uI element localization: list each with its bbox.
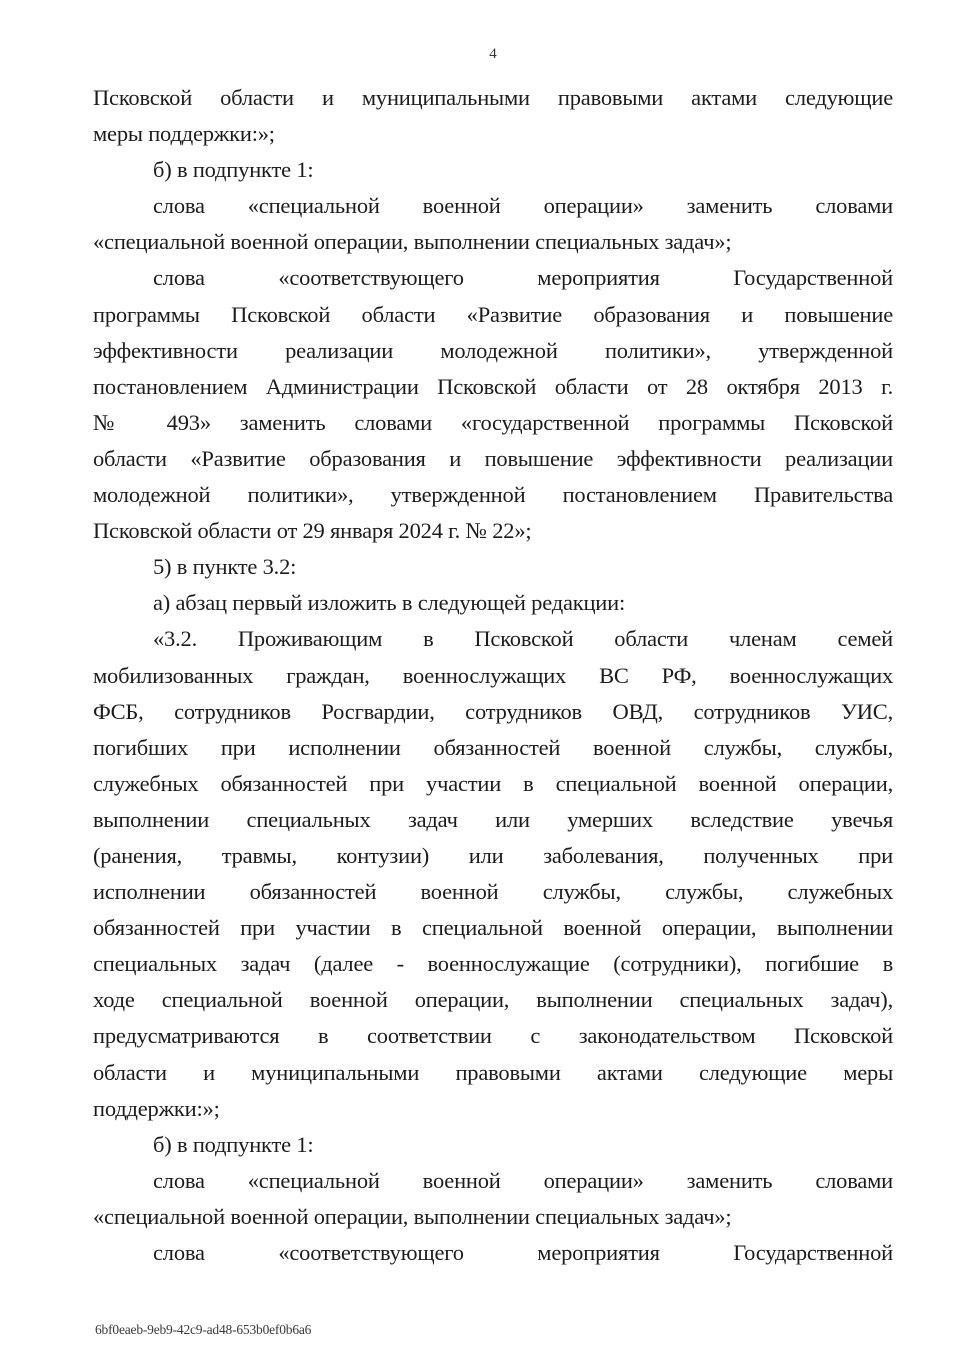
page-number: 4 <box>0 46 960 63</box>
text-line: ходе специальной военной операции, выпол… <box>93 982 893 1018</box>
text-line: постановлением Администрации Псковской о… <box>93 369 893 405</box>
text-line: области «Развитие образования и повышени… <box>93 441 893 477</box>
text-line: служебных обязанностей при участии в спе… <box>93 766 893 802</box>
text-line: обязанностей при участии в специальной в… <box>93 910 893 946</box>
document-identifier: 6bf0eaeb-9eb9-42c9-ad48-653b0ef0b6a6 <box>95 1322 311 1338</box>
text-line: слова «специальной военной операции» зам… <box>93 1163 893 1199</box>
text-line: 5) в пункте 3.2: <box>93 549 893 585</box>
text-line: ФСБ, сотрудников Росгвардии, сотрудников… <box>93 694 893 730</box>
text-line: Псковской области и муниципальными право… <box>93 80 893 116</box>
text-line: «специальной военной операции, выполнени… <box>93 224 893 260</box>
text-line: «3.2. Проживающим в Псковской области чл… <box>93 621 893 657</box>
text-line: предусматриваются в соответствии с закон… <box>93 1018 893 1054</box>
text-line: области и муниципальными правовыми актам… <box>93 1055 893 1091</box>
text-line: молодежной политики», утвержденной поста… <box>93 477 893 513</box>
text-line: (ранения, травмы, контузии) или заболева… <box>93 838 893 874</box>
text-line: слова «соответствующего мероприятия Госу… <box>93 1235 893 1271</box>
text-line: погибших при исполнении обязанностей вое… <box>93 730 893 766</box>
text-line: программы Псковской области «Развитие об… <box>93 297 893 333</box>
text-line: Псковской области от 29 января 2024 г. №… <box>93 513 893 549</box>
text-line: поддержки:»; <box>93 1091 893 1127</box>
text-line: № 493» заменить словами «государственной… <box>93 405 893 441</box>
text-line: слова «специальной военной операции» зам… <box>93 188 893 224</box>
document-body: Псковской области и муниципальными право… <box>93 80 893 1271</box>
text-line: специальных задач (далее - военнослужащи… <box>93 946 893 982</box>
text-line: меры поддержки:»; <box>93 116 893 152</box>
text-line: эффективности реализации молодежной поли… <box>93 333 893 369</box>
document-page: 4 Псковской области и муниципальными пра… <box>0 0 960 1368</box>
text-line: «специальной военной операции, выполнени… <box>93 1199 893 1235</box>
text-line: выполнении специальных задач или умерших… <box>93 802 893 838</box>
text-line: а) абзац первый изложить в следующей ред… <box>93 585 893 621</box>
text-line: б) в подпункте 1: <box>93 1127 893 1163</box>
text-line: слова «соответствующего мероприятия Госу… <box>93 260 893 296</box>
text-line: мобилизованных граждан, военнослужащих В… <box>93 658 893 694</box>
text-line: исполнении обязанностей военной службы, … <box>93 874 893 910</box>
text-line: б) в подпункте 1: <box>93 152 893 188</box>
